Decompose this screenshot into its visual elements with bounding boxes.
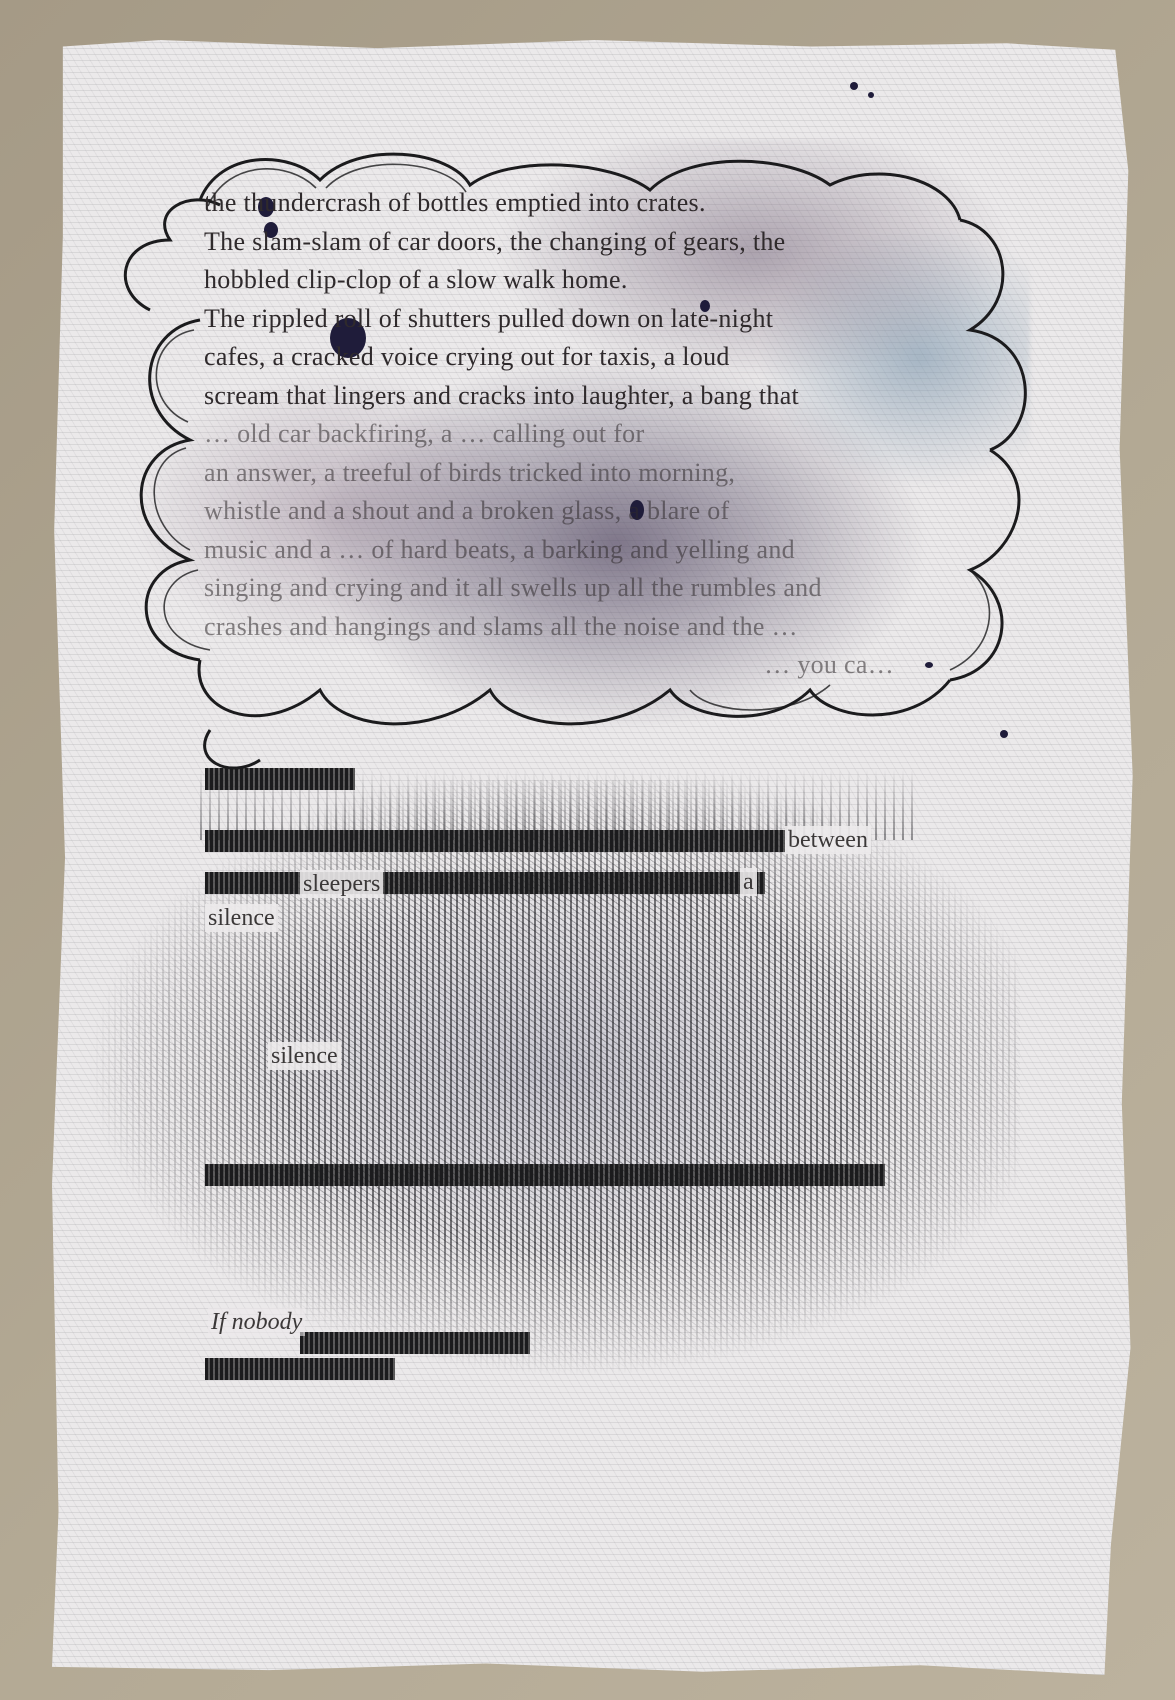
visible-word-silence: silence [205, 904, 278, 932]
blacked-out-text [205, 872, 765, 894]
poem-line: … old car backfiring, a … calling out fo… [204, 415, 894, 454]
blacked-out-text [205, 830, 785, 852]
poem-text-block: the thundercrash of bottles emptied into… [204, 184, 894, 685]
visible-word-sleepers: sleepers [300, 870, 383, 898]
poem-line: The slam-slam of car doors, the changing… [204, 223, 894, 262]
poem-line: hobbled clip-clop of a slow walk home. [204, 261, 894, 300]
ink-splatter-dot [925, 662, 933, 668]
visible-words-if-nobody: If nobody [208, 1308, 305, 1336]
blacked-out-text [205, 1358, 395, 1380]
poem-line: the thundercrash of bottles emptied into… [204, 184, 894, 223]
poem-line: The rippled roll of shutters pulled down… [204, 300, 894, 339]
poem-line: singing and crying and it all swells up … [204, 569, 894, 608]
visible-word-a: a [740, 868, 757, 896]
poem-line: music and a … of hard beats, a barking a… [204, 531, 894, 570]
visible-word-silence: silence [268, 1042, 341, 1070]
ink-splatter-dot [1000, 730, 1008, 738]
ink-splatter-dot [850, 82, 858, 90]
poem-line: crashes and hangings and slams all the n… [204, 608, 894, 647]
blacked-out-text [300, 1332, 530, 1354]
poem-line: scream that lingers and cracks into laug… [204, 377, 894, 416]
blacked-out-text [205, 1164, 885, 1186]
poem-line: whistle and a shout and a broken glass, … [204, 492, 894, 531]
visible-word-between: between [785, 826, 871, 854]
blacked-out-text [205, 768, 355, 790]
poem-line: cafes, a cracked voice crying out for ta… [204, 338, 894, 377]
poem-line: … you ca… [204, 646, 894, 685]
ink-splatter-dot [868, 92, 874, 98]
poem-line: an answer, a treeful of birds tricked in… [204, 454, 894, 493]
